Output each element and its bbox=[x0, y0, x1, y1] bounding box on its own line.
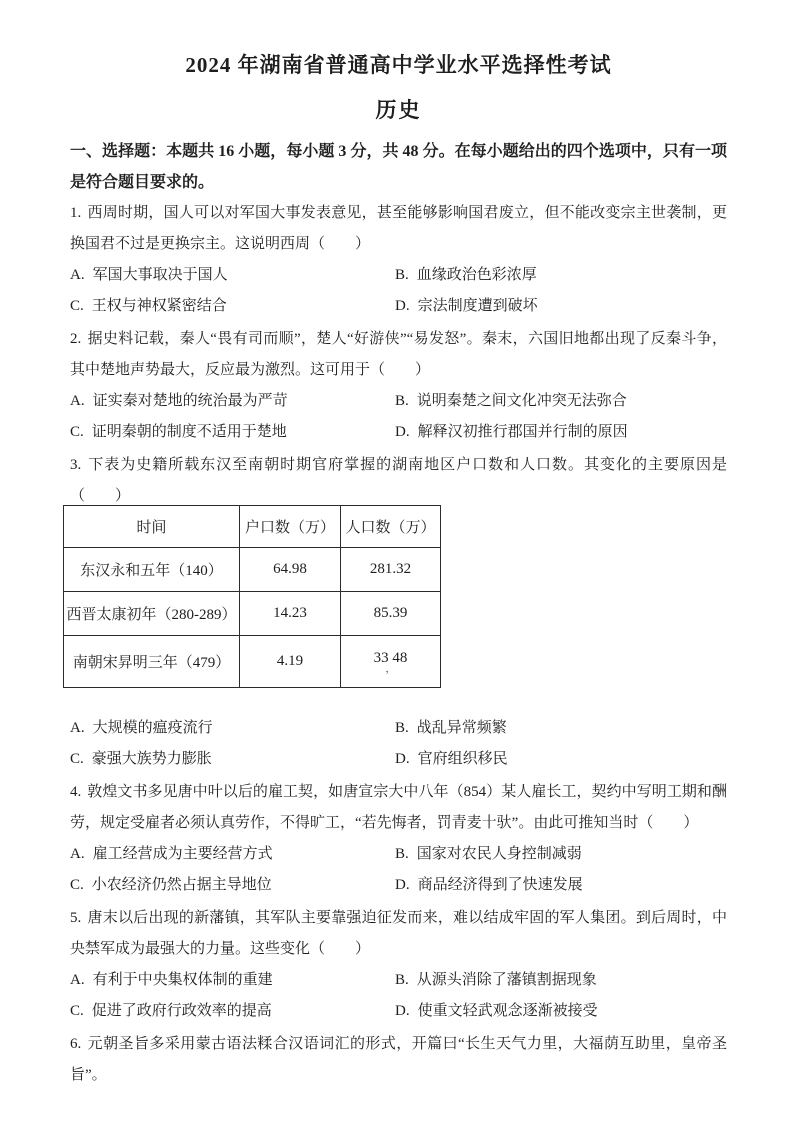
question-4-stem: 4.敦煌文书多见唐中叶以后的雇工契，如唐宣宗大中八年（854）某人雇长工，契约中… bbox=[70, 777, 727, 839]
question-text: 敦煌文书多见唐中叶以后的雇工契，如唐宣宗大中八年（854）某人雇长工，契约中写明… bbox=[70, 784, 727, 831]
option-row: A.雇工经营成为主要经营方式 B.国家对农民人身控制减弱 bbox=[70, 839, 727, 870]
option-label: C. bbox=[70, 424, 84, 440]
option-c: C.王权与神权紧密结合 bbox=[70, 291, 395, 322]
table-cell-population: 33 48， bbox=[341, 636, 441, 688]
question-number: 5. bbox=[70, 910, 81, 926]
option-label: A. bbox=[70, 393, 85, 409]
table-cell-population: 281.32 bbox=[341, 548, 441, 592]
option-label: A. bbox=[70, 972, 85, 988]
option-text: 血缘政治色彩浓厚 bbox=[417, 267, 537, 283]
question-text: 西周时期，国人可以对军国大事发表意见，甚至能够影响国君废立，但不能改变宗主世袭制… bbox=[70, 205, 727, 252]
option-a: A.有利于中央集权体制的重建 bbox=[70, 965, 395, 996]
question-1: 1.西周时期，国人可以对军国大事发表意见，甚至能够影响国君废立，但不能改变宗主世… bbox=[70, 198, 727, 322]
option-d: D.使重文轻武观念逐渐被接受 bbox=[395, 996, 598, 1027]
option-b: B.国家对农民人身控制减弱 bbox=[395, 839, 582, 870]
question-3: 3.下表为史籍所载东汉至南朝时期官府掌握的湖南地区户口数和人口数。其变化的主要原… bbox=[70, 450, 727, 775]
option-label: B. bbox=[395, 846, 409, 862]
section-heading: 一、选择题：本题共 16 小题，每小题 3 分，共 48 分。在每小题给出的四个… bbox=[70, 136, 727, 198]
option-text: 王权与神权紧密结合 bbox=[92, 298, 227, 314]
stray-mark: ， bbox=[341, 667, 440, 673]
option-label: D. bbox=[395, 877, 410, 893]
option-c: C.证明秦朝的制度不适用于楚地 bbox=[70, 417, 395, 448]
table-cell-period: 西晋太康初年（280-289） bbox=[64, 592, 240, 636]
option-text: 战乱异常频繁 bbox=[417, 720, 507, 736]
question-1-stem: 1.西周时期，国人可以对军国大事发表意见，甚至能够影响国君废立，但不能改变宗主世… bbox=[70, 198, 727, 260]
table-cell-period: 东汉永和五年（140） bbox=[64, 548, 240, 592]
option-text: 商品经济得到了快速发展 bbox=[418, 877, 583, 893]
option-text: 大规模的瘟疫流行 bbox=[93, 720, 213, 736]
option-text: 促进了政府行政效率的提高 bbox=[92, 1003, 272, 1019]
table-row: 南朝宋昇明三年（479） 4.19 33 48， bbox=[64, 636, 441, 688]
option-label: B. bbox=[395, 972, 409, 988]
option-row: C.豪强大族势力膨胀 D.官府组织移民 bbox=[70, 744, 727, 775]
question-4-options: A.雇工经营成为主要经营方式 B.国家对农民人身控制减弱 C.小农经济仍然占据主… bbox=[70, 839, 727, 901]
population-table: 时间 户口数（万） 人口数（万） 东汉永和五年（140） 64.98 281.3… bbox=[63, 505, 441, 688]
option-row: C.小农经济仍然占据主导地位 D.商品经济得到了快速发展 bbox=[70, 870, 727, 901]
option-row: A.大规模的瘟疫流行 B.战乱异常频繁 bbox=[70, 713, 727, 744]
option-text: 使重文轻武观念逐渐被接受 bbox=[418, 1003, 598, 1019]
question-5-stem: 5.唐末以后出现的新藩镇，其军队主要靠强迫征发而来，难以结成牢固的军人集团。到后… bbox=[70, 903, 727, 965]
option-row: A.军国大事取决于国人 B.血缘政治色彩浓厚 bbox=[70, 260, 727, 291]
question-number: 1. bbox=[70, 205, 81, 221]
option-text: 小农经济仍然占据主导地位 bbox=[92, 877, 272, 893]
option-text: 有利于中央集权体制的重建 bbox=[93, 972, 273, 988]
option-text: 解释汉初推行郡国并行制的原因 bbox=[418, 424, 628, 440]
option-label: A. bbox=[70, 720, 85, 736]
table-header-population: 人口数（万） bbox=[341, 506, 441, 548]
question-text: 下表为史籍所载东汉至南朝时期官府掌握的湖南地区户口数和人口数。其变化的主要原因是… bbox=[70, 457, 727, 504]
question-text: 唐末以后出现的新藩镇，其军队主要靠强迫征发而来，难以结成牢固的军人集团。到后周时… bbox=[70, 910, 727, 957]
question-number: 4. bbox=[70, 784, 81, 800]
option-row: A.证实秦对楚地的统治最为严苛 B.说明秦楚之间文化冲突无法弥合 bbox=[70, 386, 727, 417]
option-label: C. bbox=[70, 751, 84, 767]
option-row: C.促进了政府行政效率的提高 D.使重文轻武观念逐渐被接受 bbox=[70, 996, 727, 1027]
option-label: B. bbox=[395, 720, 409, 736]
option-text: 雇工经营成为主要经营方式 bbox=[93, 846, 273, 862]
table-row: 西晋太康初年（280-289） 14.23 85.39 bbox=[64, 592, 441, 636]
option-text: 国家对农民人身控制减弱 bbox=[417, 846, 582, 862]
question-3-stem: 3.下表为史籍所载东汉至南朝时期官府掌握的湖南地区户口数和人口数。其变化的主要原… bbox=[70, 450, 727, 512]
question-4: 4.敦煌文书多见唐中叶以后的雇工契，如唐宣宗大中八年（854）某人雇长工，契约中… bbox=[70, 777, 727, 901]
question-2-options: A.证实秦对楚地的统治最为严苛 B.说明秦楚之间文化冲突无法弥合 C.证明秦朝的… bbox=[70, 386, 727, 448]
option-b: B.说明秦楚之间文化冲突无法弥合 bbox=[395, 386, 627, 417]
question-6-stem: 6.元朝圣旨多采用蒙古语法糅合汉语词汇的形式，开篇曰“长生天气力里，大福荫互助里… bbox=[70, 1029, 727, 1091]
option-label: B. bbox=[395, 393, 409, 409]
option-row: C.王权与神权紧密结合 D.宗法制度遭到破坏 bbox=[70, 291, 727, 322]
table-cell-population: 85.39 bbox=[341, 592, 441, 636]
option-c: C.促进了政府行政效率的提高 bbox=[70, 996, 395, 1027]
option-text: 豪强大族势力膨胀 bbox=[92, 751, 212, 767]
option-d: D.官府组织移民 bbox=[395, 744, 508, 775]
option-b: B.从源头消除了藩镇割据现象 bbox=[395, 965, 597, 996]
option-label: A. bbox=[70, 846, 85, 862]
question-number: 6. bbox=[70, 1036, 81, 1052]
option-label: D. bbox=[395, 424, 410, 440]
option-label: D. bbox=[395, 751, 410, 767]
option-text: 证明秦朝的制度不适用于楚地 bbox=[92, 424, 287, 440]
option-text: 从源头消除了藩镇割据现象 bbox=[417, 972, 597, 988]
option-d: D.解释汉初推行郡国并行制的原因 bbox=[395, 417, 628, 448]
question-text: 据史料记载，秦人“畏有司而顺”，楚人“好游侠”“易发怒”。秦末，六国旧地都出现了… bbox=[70, 331, 727, 378]
question-1-options: A.军国大事取决于国人 B.血缘政治色彩浓厚 C.王权与神权紧密结合 D.宗法制… bbox=[70, 260, 727, 322]
question-number: 2. bbox=[70, 331, 81, 347]
option-label: C. bbox=[70, 298, 84, 314]
question-3-options: A.大规模的瘟疫流行 B.战乱异常频繁 C.豪强大族势力膨胀 D.官府组织移民 bbox=[70, 713, 727, 775]
question-number: 3. bbox=[70, 457, 81, 473]
option-row: C.证明秦朝的制度不适用于楚地 D.解释汉初推行郡国并行制的原因 bbox=[70, 417, 727, 448]
option-label: D. bbox=[395, 1003, 410, 1019]
option-b: B.战乱异常频繁 bbox=[395, 713, 507, 744]
option-d: D.商品经济得到了快速发展 bbox=[395, 870, 583, 901]
option-c: C.小农经济仍然占据主导地位 bbox=[70, 870, 395, 901]
subject-title: 历史 bbox=[70, 94, 727, 126]
question-2-stem: 2.据史料记载，秦人“畏有司而顺”，楚人“好游侠”“易发怒”。秦末，六国旧地都出… bbox=[70, 324, 727, 386]
option-b: B.血缘政治色彩浓厚 bbox=[395, 260, 537, 291]
option-label: D. bbox=[395, 298, 410, 314]
table-header-households: 户口数（万） bbox=[240, 506, 341, 548]
question-2: 2.据史料记载，秦人“畏有司而顺”，楚人“好游侠”“易发怒”。秦末，六国旧地都出… bbox=[70, 324, 727, 448]
table-row: 东汉永和五年（140） 64.98 281.32 bbox=[64, 548, 441, 592]
question-6: 6.元朝圣旨多采用蒙古语法糅合汉语词汇的形式，开篇曰“长生天气力里，大福荫互助里… bbox=[70, 1029, 727, 1091]
question-text: 元朝圣旨多采用蒙古语法糅合汉语词汇的形式，开篇曰“长生天气力里，大福荫互助里，皇… bbox=[70, 1036, 727, 1083]
option-a: A.雇工经营成为主要经营方式 bbox=[70, 839, 395, 870]
exam-page: 2024 年湖南省普通高中学业水平选择性考试 历史 一、选择题：本题共 16 小… bbox=[0, 0, 793, 1122]
option-c: C.豪强大族势力膨胀 bbox=[70, 744, 395, 775]
option-text: 军国大事取决于国人 bbox=[93, 267, 228, 283]
option-row: A.有利于中央集权体制的重建 B.从源头消除了藩镇割据现象 bbox=[70, 965, 727, 996]
option-a: A.大规模的瘟疫流行 bbox=[70, 713, 395, 744]
option-a: A.证实秦对楚地的统治最为严苛 bbox=[70, 386, 395, 417]
table-cell-period: 南朝宋昇明三年（479） bbox=[64, 636, 240, 688]
question-5-options: A.有利于中央集权体制的重建 B.从源头消除了藩镇割据现象 C.促进了政府行政效… bbox=[70, 965, 727, 1027]
option-text: 宗法制度遭到破坏 bbox=[418, 298, 538, 314]
question-5: 5.唐末以后出现的新藩镇，其军队主要靠强迫征发而来，难以结成牢固的军人集团。到后… bbox=[70, 903, 727, 1027]
option-text: 说明秦楚之间文化冲突无法弥合 bbox=[417, 393, 627, 409]
table-cell-households: 4.19 bbox=[240, 636, 341, 688]
page-title: 2024 年湖南省普通高中学业水平选择性考试 bbox=[70, 48, 727, 82]
option-text: 官府组织移民 bbox=[418, 751, 508, 767]
table-cell-households: 64.98 bbox=[240, 548, 341, 592]
option-text: 证实秦对楚地的统治最为严苛 bbox=[93, 393, 288, 409]
option-d: D.宗法制度遭到破坏 bbox=[395, 291, 538, 322]
option-label: C. bbox=[70, 1003, 84, 1019]
option-label: C. bbox=[70, 877, 84, 893]
option-label: A. bbox=[70, 267, 85, 283]
option-label: B. bbox=[395, 267, 409, 283]
option-a: A.军国大事取决于国人 bbox=[70, 260, 395, 291]
table-cell-households: 14.23 bbox=[240, 592, 341, 636]
